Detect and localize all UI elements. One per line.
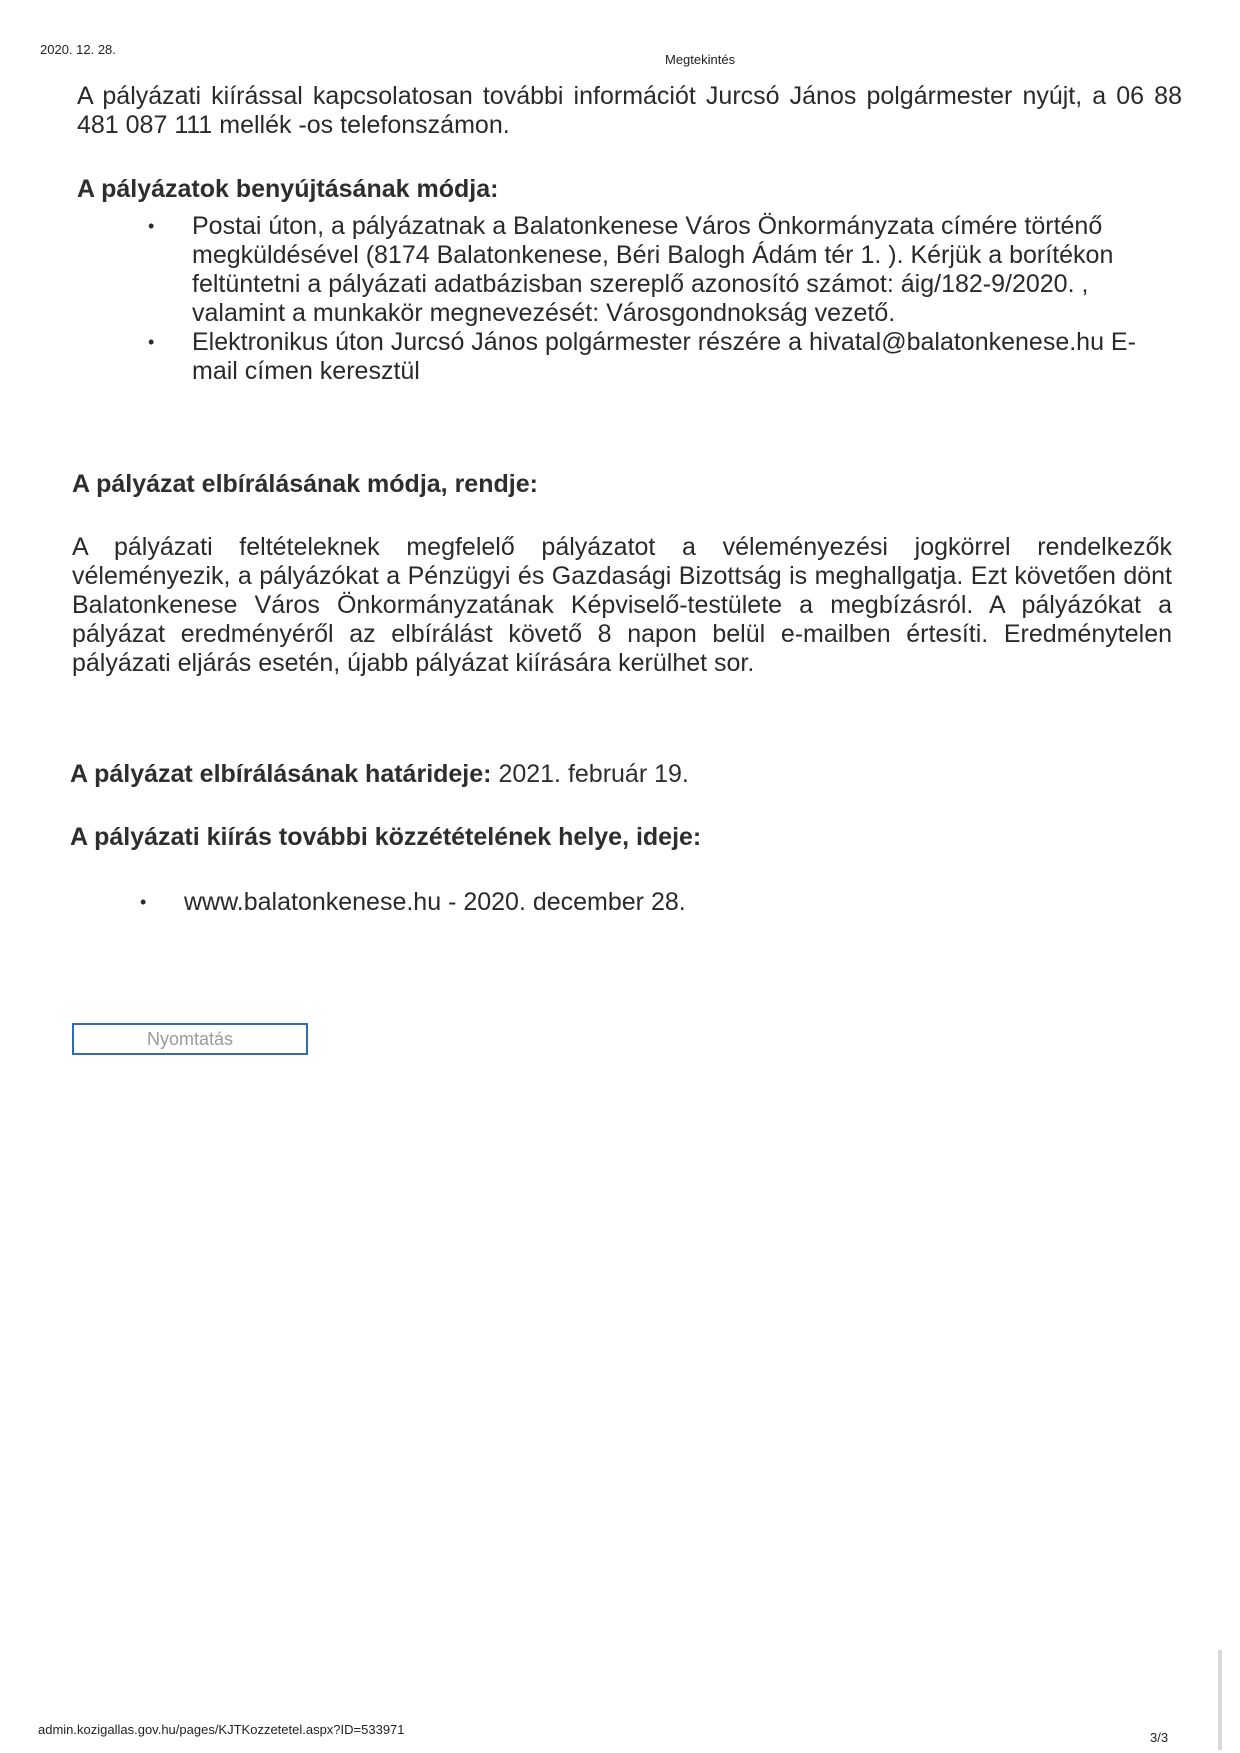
intro-paragraph: A pályázati kiírással kapcsolatosan tová… — [77, 82, 1182, 140]
list-item: • www.balatonkenese.hu - 2020. december … — [140, 888, 686, 917]
evaluation-heading: A pályázat elbírálásának módja, rendje: — [72, 470, 538, 499]
submission-postal: Postai úton, a pályázatnak a Balatonkene… — [192, 212, 1113, 327]
publication-list: • www.balatonkenese.hu - 2020. december … — [140, 888, 686, 917]
bullet-icon: • — [148, 212, 154, 241]
publication-heading: A pályázati kiírás további közzétételéne… — [70, 823, 701, 852]
deadline-label: A pályázat elbírálásának határideje: — [70, 760, 491, 788]
submission-list: • Postai úton, a pályázatnak a Balatonke… — [148, 212, 1158, 386]
publication-item: www.balatonkenese.hu - 2020. december 28… — [184, 888, 686, 916]
list-item: • Postai úton, a pályázatnak a Balatonke… — [148, 212, 1158, 328]
deadline-line: A pályázat elbírálásának határideje: 202… — [70, 760, 689, 789]
evaluation-paragraph: A pályázati feltételeknek megfelelő pály… — [72, 533, 1172, 678]
bullet-icon: • — [140, 888, 146, 917]
list-item: • Elektronikus úton Jurcsó János polgárm… — [148, 328, 1158, 386]
print-button[interactable]: Nyomtatás — [72, 1023, 308, 1055]
page-number: 3/3 — [1150, 1730, 1168, 1745]
submission-heading: A pályázatok benyújtásának módja: — [77, 175, 498, 204]
page-edge — [1218, 1650, 1222, 1750]
submission-electronic: Elektronikus úton Jurcsó János polgármes… — [192, 328, 1136, 385]
deadline-value: 2021. február 19. — [498, 760, 688, 788]
print-date: 2020. 12. 28. — [40, 42, 116, 57]
footer-url: admin.kozigallas.gov.hu/pages/KJTKozzete… — [38, 1722, 405, 1737]
page-title: Megtekintés — [665, 52, 735, 67]
bullet-icon: • — [148, 328, 154, 357]
